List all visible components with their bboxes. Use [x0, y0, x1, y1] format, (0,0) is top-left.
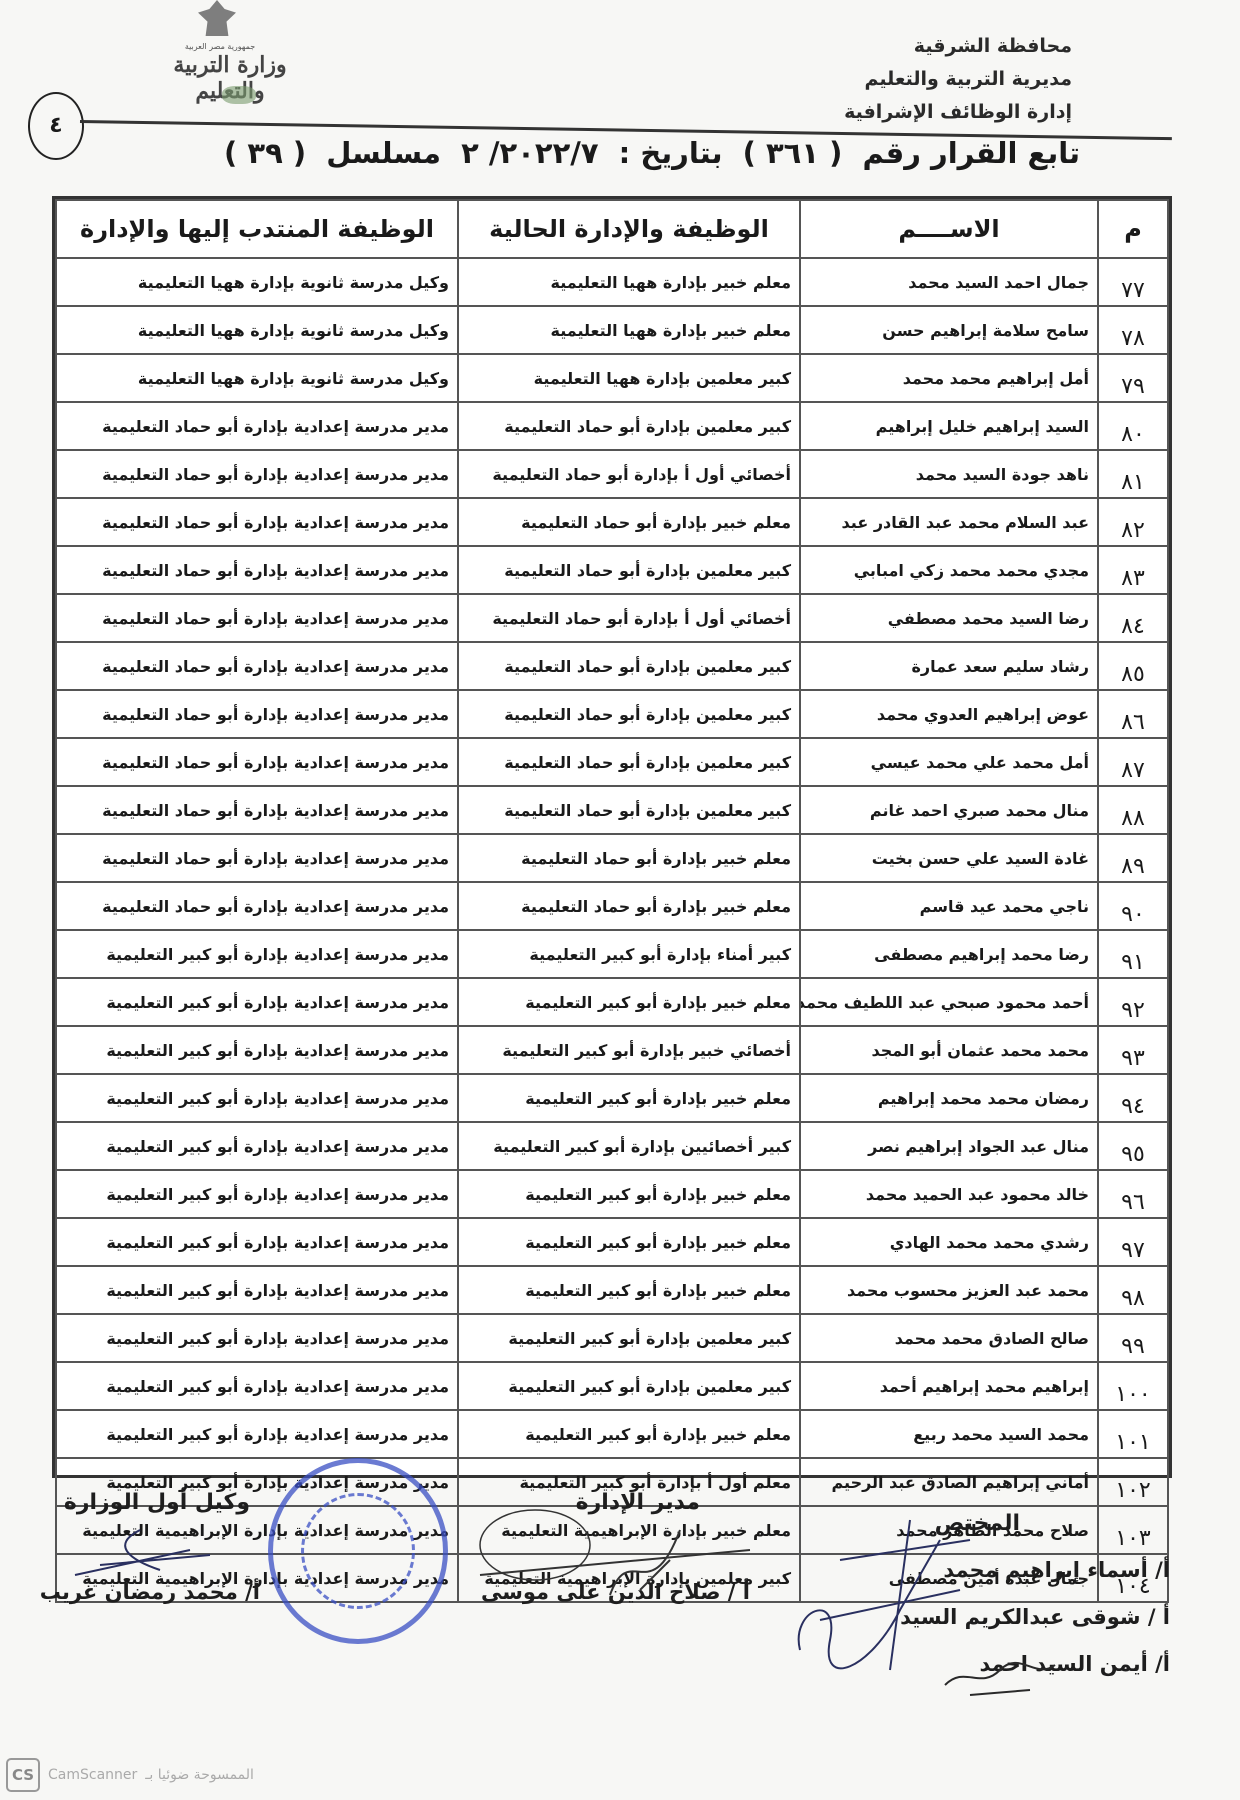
employee-name: خالد محمود عبد الحميد محمد — [800, 1170, 1098, 1218]
employee-name: ناجي محمد عيد قاسم — [800, 882, 1098, 930]
watermark-text-ar: الممسوحة ضوئيا بـ — [145, 1767, 254, 1783]
row-number: ٧٨ — [1098, 306, 1168, 354]
employee-name: صالح الصادق محمد محمد — [800, 1314, 1098, 1362]
assigned-job: مدير مدرسة إعدادية بإدارة أبو حماد التعل… — [56, 546, 458, 594]
assigned-job: مدير مدرسة إعدادية بإدارة أبو كبير التعل… — [56, 1314, 458, 1362]
assigned-job: مدير مدرسة إعدادية بإدارة أبو حماد التعل… — [56, 450, 458, 498]
employee-name: محمد السيد محمد ربيع — [800, 1410, 1098, 1458]
column-header-name: الاســــم — [800, 200, 1098, 258]
director-name: أ / صلاح الدين على موسى — [481, 1580, 750, 1604]
table-row: ٧٧جمال احمد السيد محمدمعلم خبير بإدارة ه… — [56, 258, 1168, 306]
deputy-title: وكيل أول الوزارة — [64, 1490, 250, 1515]
employee-name: غادة السيد علي حسن بخيت — [800, 834, 1098, 882]
table-row: ٨٩غادة السيد علي حسن بخيتمعلم خبير بإدار… — [56, 834, 1168, 882]
column-header-current-job: الوظيفة والإدارة الحالية — [458, 200, 800, 258]
current-job: كبير معلمين بإدارة أبو حماد التعليمية — [458, 738, 800, 786]
current-job: كبير معلمين بإدارة أبو كبير التعليمية — [458, 1362, 800, 1410]
row-number: ٨٦ — [1098, 690, 1168, 738]
current-job: كبير معلمين بإدارة أبو حماد التعليمية — [458, 402, 800, 450]
assigned-job: مدير مدرسة إعدادية بإدارة أبو كبير التعل… — [56, 1266, 458, 1314]
assigned-job: مدير مدرسة إعدادية بإدارة أبو حماد التعل… — [56, 834, 458, 882]
ministry-emblem: جمهورية مصر العربية وزارة التربية والتعل… — [150, 0, 350, 118]
assigned-job: مدير مدرسة إعدادية بإدارة أبو كبير التعل… — [56, 978, 458, 1026]
egypt-eagle-icon — [198, 0, 236, 36]
assigned-job: مدير مدرسة إعدادية بإدارة أبو حماد التعل… — [56, 786, 458, 834]
row-number: ٨٨ — [1098, 786, 1168, 834]
row-number: ٩٤ — [1098, 1074, 1168, 1122]
row-number: ١٠٠ — [1098, 1362, 1168, 1410]
decision-serial-label: مسلسل — [326, 136, 441, 170]
current-job: معلم خبير بإدارة أبو كبير التعليمية — [458, 1170, 800, 1218]
org-line-department: إدارة الوظائف الإشرافية — [844, 96, 1072, 129]
row-number: ٧٩ — [1098, 354, 1168, 402]
scanner-watermark: CS CamScanner الممسوحة ضوئيا بـ — [6, 1758, 254, 1792]
employee-name: سامح سلامة إبراهيم حسن — [800, 306, 1098, 354]
current-job: معلم خبير بإدارة أبو حماد التعليمية — [458, 834, 800, 882]
assigned-job: مدير مدرسة إعدادية بإدارة أبو كبير التعل… — [56, 930, 458, 978]
decision-prefix: تابع القرار رقم — [863, 136, 1080, 170]
table-row: ١٠١محمد السيد محمد ربيعمعلم خبير بإدارة … — [56, 1410, 1168, 1458]
employee-name: رضا محمد إبراهيم مصطفى — [800, 930, 1098, 978]
table-row: ٨٥رشاد سليم سعد عمارةكبير معلمين بإدارة … — [56, 642, 1168, 690]
row-number: ٧٧ — [1098, 258, 1168, 306]
employee-name: أماني إبراهيم الصادق عبد الرحيم — [800, 1458, 1098, 1506]
current-job: معلم خبير بإدارة أبو حماد التعليمية — [458, 882, 800, 930]
current-job: كبير معلمين بإدارة أبو كبير التعليمية — [458, 1314, 800, 1362]
assigned-job: مدير مدرسة إعدادية بإدارة أبو حماد التعل… — [56, 594, 458, 642]
org-line-governorate: محافظة الشرقية — [844, 30, 1072, 63]
employee-name: منال عبد الجواد إبراهيم نصر — [800, 1122, 1098, 1170]
assigned-job: مدير مدرسة إعدادية بإدارة أبو حماد التعل… — [56, 642, 458, 690]
decision-line: تابع القرار رقم ( ٣٦١ ) بتاريخ : ٢٠٢٢/٧/… — [160, 136, 1080, 170]
employee-name: محمد محمد عثمان أبو المجد — [800, 1026, 1098, 1074]
current-job: أخصائي أول أ بإدارة أبو حماد التعليمية — [458, 450, 800, 498]
emblem-mark-icon — [222, 86, 256, 104]
assigned-job: مدير مدرسة إعدادية بإدارة أبو كبير التعل… — [56, 1362, 458, 1410]
assigned-job: مدير مدرسة إعدادية بإدارة أبو كبير التعل… — [56, 1026, 458, 1074]
assigned-job: مدير مدرسة إعدادية بإدارة أبو حماد التعل… — [56, 498, 458, 546]
row-number: ٩٢ — [1098, 978, 1168, 1026]
row-number: ١٠١ — [1098, 1410, 1168, 1458]
document-page: جمهورية مصر العربية وزارة التربية والتعل… — [0, 0, 1240, 1800]
employee-name: أمل إبراهيم محمد محمد — [800, 354, 1098, 402]
table-row: ٧٩أمل إبراهيم محمد محمدكبير معلمين بإدار… — [56, 354, 1168, 402]
current-job: كبير معلمين بإدارة أبو حماد التعليمية — [458, 546, 800, 594]
decision-number: ( ٣٦١ ) — [743, 136, 843, 170]
table-header-row: م الاســــم الوظيفة والإدارة الحالية الو… — [56, 200, 1168, 258]
column-header-number: م — [1098, 200, 1168, 258]
current-job: أخصائي أول أ بإدارة أبو حماد التعليمية — [458, 594, 800, 642]
assigned-job: مدير مدرسة إعدادية بإدارة أبو كبير التعل… — [56, 1170, 458, 1218]
table-row: ٩٣محمد محمد عثمان أبو المجدأخصائي خبير ب… — [56, 1026, 1168, 1074]
table-row: ٧٨سامح سلامة إبراهيم حسنمعلم خبير بإدارة… — [56, 306, 1168, 354]
current-job: كبير معلمين بإدارة ههيا التعليمية — [458, 354, 800, 402]
table-row: ٨٢عبد السلام محمد عبد القادر عبدمعلم خبي… — [56, 498, 1168, 546]
assignments-table: م الاســــم الوظيفة والإدارة الحالية الو… — [52, 196, 1172, 1478]
row-number: ٨٩ — [1098, 834, 1168, 882]
row-number: ٨٠ — [1098, 402, 1168, 450]
table-row: ٩٠ناجي محمد عيد قاسممعلم خبير بإدارة أبو… — [56, 882, 1168, 930]
employee-name: جمال احمد السيد محمد — [800, 258, 1098, 306]
employee-name: ناهد جودة السيد محمد — [800, 450, 1098, 498]
row-number: ٩٠ — [1098, 882, 1168, 930]
row-number: ٨٧ — [1098, 738, 1168, 786]
current-job: معلم خبير بإدارة أبو كبير التعليمية — [458, 1074, 800, 1122]
table-row: ٨٣مجدي محمد محمد زكي امبابيكبير معلمين ب… — [56, 546, 1168, 594]
decision-serial: ( ٣٩ ) — [224, 136, 306, 170]
table-row: ٩٥منال عبد الجواد إبراهيم نصركبير أخصائي… — [56, 1122, 1168, 1170]
current-job: كبير معلمين بإدارة أبو حماد التعليمية — [458, 642, 800, 690]
row-number: ٩٥ — [1098, 1122, 1168, 1170]
assigned-job: وكيل مدرسة ثانوية بإدارة ههيا التعليمية — [56, 354, 458, 402]
employee-name: مجدي محمد محمد زكي امبابي — [800, 546, 1098, 594]
row-number: ٩٦ — [1098, 1170, 1168, 1218]
table-row: ١٠٠إبراهيم محمد إبراهيم أحمدكبير معلمين … — [56, 1362, 1168, 1410]
assigned-job: مدير مدرسة إعدادية بإدارة أبو كبير التعل… — [56, 1074, 458, 1122]
director-title: مدير الإدارة — [576, 1490, 700, 1515]
row-number: ٩٣ — [1098, 1026, 1168, 1074]
current-job: معلم خبير بإدارة أبو كبير التعليمية — [458, 1218, 800, 1266]
assigned-job: مدير مدرسة إعدادية بإدارة أبو حماد التعل… — [56, 690, 458, 738]
employee-name: إبراهيم محمد إبراهيم أحمد — [800, 1362, 1098, 1410]
table-row: ٩٨محمد عبد العزيز محسوب محمدمعلم خبير بإ… — [56, 1266, 1168, 1314]
decision-date: ٢٠٢٢/٧/ ٢ — [461, 136, 599, 170]
current-job: معلم خبير بإدارة ههيا التعليمية — [458, 258, 800, 306]
specialist-name-2: أ / شوقى عبدالكريم السيد — [900, 1594, 1170, 1641]
column-header-assigned-job: الوظيفة المنتدب إليها والإدارة — [56, 200, 458, 258]
current-job: أخصائي خبير بإدارة أبو كبير التعليمية — [458, 1026, 800, 1074]
assigned-job: مدير مدرسة إعدادية بإدارة أبو حماد التعل… — [56, 402, 458, 450]
row-number: ١٠٢ — [1098, 1458, 1168, 1506]
employee-name: أمل محمد علي محمد عيسي — [800, 738, 1098, 786]
employee-name: رشدي محمد محمد الهادي — [800, 1218, 1098, 1266]
current-job: كبير أمناء بإدارة أبو كبير التعليمية — [458, 930, 800, 978]
current-job: معلم خبير بإدارة أبو حماد التعليمية — [458, 498, 800, 546]
employee-name: رمضان محمد محمد إبراهيم — [800, 1074, 1098, 1122]
assigned-job: مدير مدرسة إعدادية بإدارة أبو كبير التعل… — [56, 1218, 458, 1266]
table-row: ٩٦خالد محمود عبد الحميد محمدمعلم خبير بإ… — [56, 1170, 1168, 1218]
employee-name: محمد عبد العزيز محسوب محمد — [800, 1266, 1098, 1314]
employee-name: عوض إبراهيم العدوي محمد — [800, 690, 1098, 738]
table-row: ٩٩صالح الصادق محمد محمدكبير معلمين بإدار… — [56, 1314, 1168, 1362]
assigned-job: مدير مدرسة إعدادية بإدارة أبو حماد التعل… — [56, 738, 458, 786]
assigned-job: مدير مدرسة إعدادية بإدارة أبو حماد التعل… — [56, 882, 458, 930]
table-body: ٧٧جمال احمد السيد محمدمعلم خبير بإدارة ه… — [56, 258, 1168, 1602]
current-job: معلم خبير بإدارة أبو كبير التعليمية — [458, 978, 800, 1026]
current-job: كبير معلمين بإدارة أبو حماد التعليمية — [458, 690, 800, 738]
current-job: معلم خبير بإدارة أبو كبير التعليمية — [458, 1410, 800, 1458]
deputy-name: أ/ محمد رمضان غريب — [40, 1580, 260, 1604]
row-number: ٩٩ — [1098, 1314, 1168, 1362]
assigned-job: وكيل مدرسة ثانوية بإدارة ههيا التعليمية — [56, 306, 458, 354]
specialist-name-1: أ/ أسماء إبراهيم محمد — [900, 1547, 1170, 1594]
table-row: ٩٢أحمد محمود صبحي عبد اللطيف محمدمعلم خب… — [56, 978, 1168, 1026]
row-number: ٩٧ — [1098, 1218, 1168, 1266]
org-line-directorate: مديرية التربية والتعليم — [844, 63, 1072, 96]
assigned-job: وكيل مدرسة ثانوية بإدارة ههيا التعليمية — [56, 258, 458, 306]
camscanner-logo-icon: CS — [6, 1758, 40, 1792]
organization-header: محافظة الشرقية مديرية التربية والتعليم إ… — [844, 30, 1072, 129]
current-job: كبير أخصائيين بإدارة أبو كبير التعليمية — [458, 1122, 800, 1170]
table-row: ٨٧أمل محمد علي محمد عيسيكبير معلمين بإدا… — [56, 738, 1168, 786]
employee-name: عبد السلام محمد عبد القادر عبد — [800, 498, 1098, 546]
table-row: ٨٠السيد إبراهيم خليل إبراهيمكبير معلمين … — [56, 402, 1168, 450]
assigned-job: مدير مدرسة إعدادية بإدارة أبو كبير التعل… — [56, 1122, 458, 1170]
table-row: ٨١ناهد جودة السيد محمدأخصائي أول أ بإدار… — [56, 450, 1168, 498]
page-number: ٤ — [28, 92, 84, 160]
watermark-text: CamScanner — [48, 1767, 137, 1783]
employee-name: رشاد سليم سعد عمارة — [800, 642, 1098, 690]
employee-name: أحمد محمود صبحي عبد اللطيف محمد — [800, 978, 1098, 1026]
row-number: ٨٢ — [1098, 498, 1168, 546]
assigned-job: مدير مدرسة إعدادية بإدارة أبو كبير التعل… — [56, 1410, 458, 1458]
specialist-signature-block: المختص أ/ أسماء إبراهيم محمد أ / شوقى عب… — [900, 1500, 1170, 1688]
table-row: ٨٤رضا السيد محمد مصطفيأخصائي أول أ بإدار… — [56, 594, 1168, 642]
current-job: معلم خبير بإدارة ههيا التعليمية — [458, 306, 800, 354]
table-row: ٩٧رشدي محمد محمد الهاديمعلم خبير بإدارة … — [56, 1218, 1168, 1266]
row-number: ٨٥ — [1098, 642, 1168, 690]
official-stamp-icon — [268, 1458, 448, 1644]
row-number: ٩١ — [1098, 930, 1168, 978]
row-number: ٨١ — [1098, 450, 1168, 498]
current-job: معلم خبير بإدارة أبو كبير التعليمية — [458, 1266, 800, 1314]
specialist-name-3: أ/ أيمن السيد احمد — [900, 1641, 1170, 1688]
row-number: ٨٣ — [1098, 546, 1168, 594]
current-job: كبير معلمين بإدارة أبو حماد التعليمية — [458, 786, 800, 834]
row-number: ٩٨ — [1098, 1266, 1168, 1314]
table-row: ٨٨منال محمد صبري احمد غانمكبير معلمين بإ… — [56, 786, 1168, 834]
employee-name: رضا السيد محمد مصطفي — [800, 594, 1098, 642]
decision-date-label: بتاريخ : — [619, 136, 723, 170]
employee-name: السيد إبراهيم خليل إبراهيم — [800, 402, 1098, 450]
table-row: ٨٦عوض إبراهيم العدوي محمدكبير معلمين بإد… — [56, 690, 1168, 738]
employee-name: منال محمد صبري احمد غانم — [800, 786, 1098, 834]
emblem-caption-small: جمهورية مصر العربية — [150, 42, 290, 51]
row-number: ٨٤ — [1098, 594, 1168, 642]
table-row: ٩٤رمضان محمد محمد إبراهيممعلم خبير بإدار… — [56, 1074, 1168, 1122]
table-row: ٩١رضا محمد إبراهيم مصطفىكبير أمناء بإدار… — [56, 930, 1168, 978]
specialist-title: المختص — [900, 1500, 1170, 1547]
